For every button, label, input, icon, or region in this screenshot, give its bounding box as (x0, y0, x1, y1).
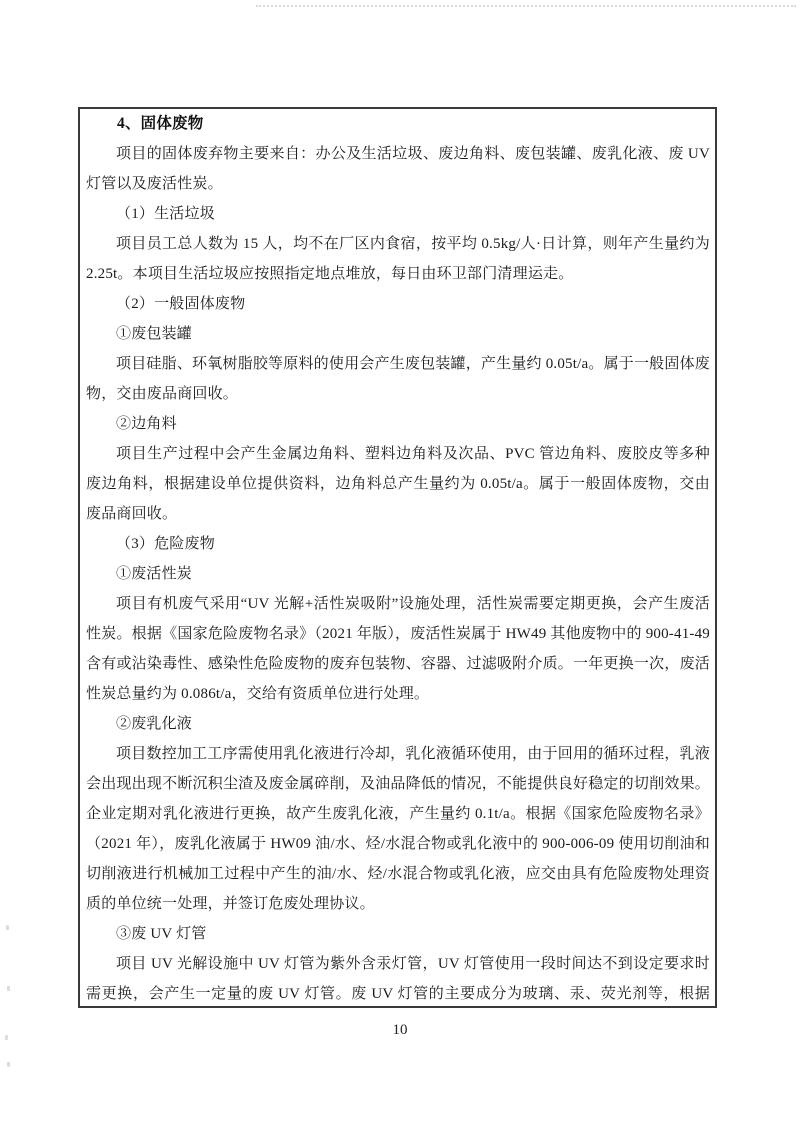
item-heading-packaging: ①废包装罐 (86, 319, 710, 349)
subsection-heading-3: （3）危险废物 (86, 529, 710, 559)
paragraph-packaging: 项目硅脂、环氧树脂胶等原料的使用会产生废包装罐，产生量约 0.05t/a。属于一… (86, 349, 710, 409)
paragraph-carbon: 项目有机废气采用“UV 光解+活性炭吸附”设施处理，活性炭需要定期更换，会产生废… (86, 589, 710, 709)
paragraph-domestic-waste: 项目员工总人数为 15 人，均不在厂区内食宿，按平均 0.5kg/人·日计算，则… (86, 229, 710, 289)
section-title: 4、固体废物 (86, 109, 710, 139)
paragraph-scrap: 项目生产过程中会产生金属边角料、塑料边角料及次品、PVC 管边角料、废胶皮等多种… (86, 439, 710, 529)
scan-noise-line (256, 5, 796, 7)
paragraph-emulsion: 项目数控加工工序需使用乳化液进行冷却，乳化液循环使用，由于回用的循环过程，乳液会… (86, 739, 710, 919)
scan-speck (7, 986, 10, 991)
document-page: 4、固体废物 项目的固体废弃物主要来自：办公及生活垃圾、废边角料、废包装罐、废乳… (0, 0, 800, 1131)
item-heading-scrap: ②边角料 (86, 409, 710, 439)
subsection-heading-2: （2）一般固体废物 (86, 289, 710, 319)
scan-speck (7, 1062, 10, 1067)
paragraph-uv-lamp: 项目 UV 光解设施中 UV 灯管为紫外含汞灯管，UV 灯管使用一段时间达不到设… (86, 949, 710, 1008)
item-heading-carbon: ①废活性炭 (86, 559, 710, 589)
item-heading-emulsion: ②废乳化液 (86, 709, 710, 739)
item-heading-uv-lamp: ③废 UV 灯管 (86, 919, 710, 949)
page-number: 10 (0, 1015, 800, 1045)
content-frame: 4、固体废物 项目的固体废弃物主要来自：办公及生活垃圾、废边角料、废包装罐、废乳… (78, 107, 717, 1008)
scan-speck (6, 925, 9, 930)
paragraph-overview: 项目的固体废弃物主要来自：办公及生活垃圾、废边角料、废包装罐、废乳化液、废 UV… (86, 139, 710, 199)
subsection-heading-1: （1）生活垃圾 (86, 199, 710, 229)
